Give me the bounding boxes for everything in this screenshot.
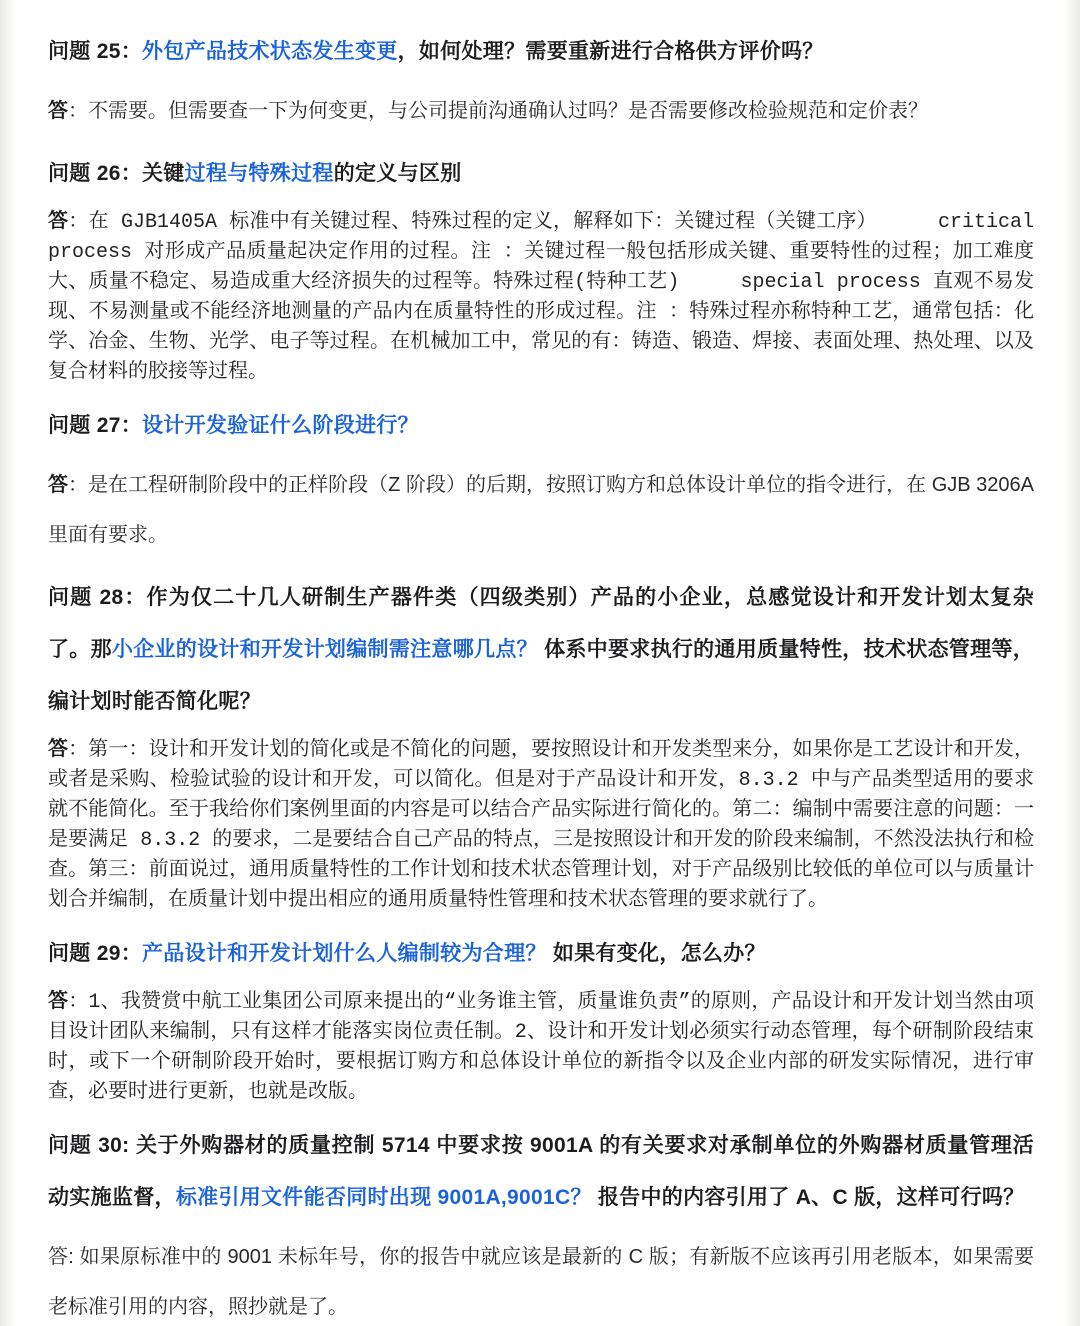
- question-27-segment: 设计开发验证什么阶段进行？: [142, 414, 419, 437]
- question-30-segment: 标准引用文件能否同时出现 9001A,9001C？: [176, 1186, 592, 1209]
- answer-28-segment: ：第一：设计和开发计划的简化或是不简化的问题，要按照设计和开发类型来分，如果你是…: [48, 739, 1034, 912]
- answer-26-segment: 答: [48, 211, 68, 234]
- question-27-segment: 问题 27：: [48, 414, 142, 437]
- question-28: 问题 28：作为仅二十几人研制生产器件类（四级类别）产品的小企业，总感觉设计和开…: [48, 572, 1034, 728]
- question-29: 问题 29：产品设计和开发计划什么人编制较为合理？ 如果有变化，怎么办？: [48, 928, 1034, 980]
- article-page: 问题 25：外包产品技术状态发生变更，如何处理？需要重新进行合格供方评价吗？答：…: [0, 0, 1080, 1326]
- question-25-segment: 外包产品技术状态发生变更: [142, 40, 398, 63]
- question-28-segment: 小企业的设计和开发计划编制需注意哪几点？: [112, 638, 538, 661]
- answer-26: 答：在 GJB1405A 标准中有关键过程、特殊过程的定义，解释如下：关键过程（…: [48, 208, 1034, 388]
- answer-27-segment: 答: [48, 474, 68, 496]
- answer-30: 答: 如果原标准中的 9001 未标年号，你的报告中就应该是最新的 C 版；有新…: [48, 1232, 1034, 1326]
- answer-29-segment: 答: [48, 991, 68, 1014]
- answer-29-segment: ：1、我赞赏中航工业集团公司原来提出的“业务谁主管，质量谁负责”的原则，产品设计…: [48, 991, 1034, 1104]
- answer-27: 答：是在工程研制阶段中的正样阶段（Z 阶段）的后期，按照订购方和总体设计单位的指…: [48, 460, 1034, 560]
- document-body: 问题 25：外包产品技术状态发生变更，如何处理？需要重新进行合格供方评价吗？答：…: [48, 26, 1034, 1326]
- question-27: 问题 27：设计开发验证什么阶段进行？: [48, 400, 1034, 452]
- answer-25: 答：不需要。但需要查一下为何变更，与公司提前沟通确认过吗？是否需要修改检验规范和…: [48, 86, 1034, 136]
- question-30-segment: 报告中的内容引用了 A、C 版，这样可行吗？: [592, 1186, 1025, 1209]
- answer-29: 答：1、我赞赏中航工业集团公司原来提出的“业务谁主管，质量谁负责”的原则，产品设…: [48, 988, 1034, 1108]
- question-26: 问题 26：关键过程与特殊过程的定义与区别: [48, 148, 1034, 200]
- answer-27-segment: ：是在工程研制阶段中的正样阶段（Z 阶段）的后期，按照订购方和总体设计单位的指令…: [48, 474, 1040, 546]
- question-29-segment: 如果有变化，怎么办？: [547, 942, 766, 965]
- question-25-segment: 问题 25：: [48, 40, 142, 63]
- answer-26-segment: ：在 GJB1405A 标准中有关键过程、特殊过程的定义，解释如下：关键过程（关…: [48, 211, 1046, 384]
- answer-30-segment: 答: 如果原标准中的 9001 未标年号，你的报告中就应该是最新的 C 版；有新…: [48, 1246, 1034, 1318]
- question-25: 问题 25：外包产品技术状态发生变更，如何处理？需要重新进行合格供方评价吗？: [48, 26, 1034, 78]
- question-26-segment: 的定义与区别: [334, 162, 462, 185]
- question-29-segment: 产品设计和开发计划什么人编制较为合理？: [142, 942, 547, 965]
- answer-28: 答：第一：设计和开发计划的简化或是不简化的问题，要按照设计和开发类型来分，如果你…: [48, 736, 1034, 916]
- answer-28-segment: 答: [48, 739, 68, 762]
- question-25-segment: ，如何处理？需要重新进行合格供方评价吗？: [398, 40, 824, 63]
- question-29-segment: 问题 29：: [48, 942, 142, 965]
- question-30: 问题 30: 关于外购器材的质量控制 5714 中要求按 9001A 的有关要求…: [48, 1120, 1034, 1224]
- answer-25-segment: 答: [48, 100, 68, 122]
- question-26-segment: 过程与特殊过程: [185, 162, 334, 185]
- answer-25-segment: ：不需要。但需要查一下为何变更，与公司提前沟通确认过吗？是否需要修改检验规范和定…: [68, 100, 928, 122]
- question-26-segment: 问题 26：关键: [48, 162, 185, 185]
